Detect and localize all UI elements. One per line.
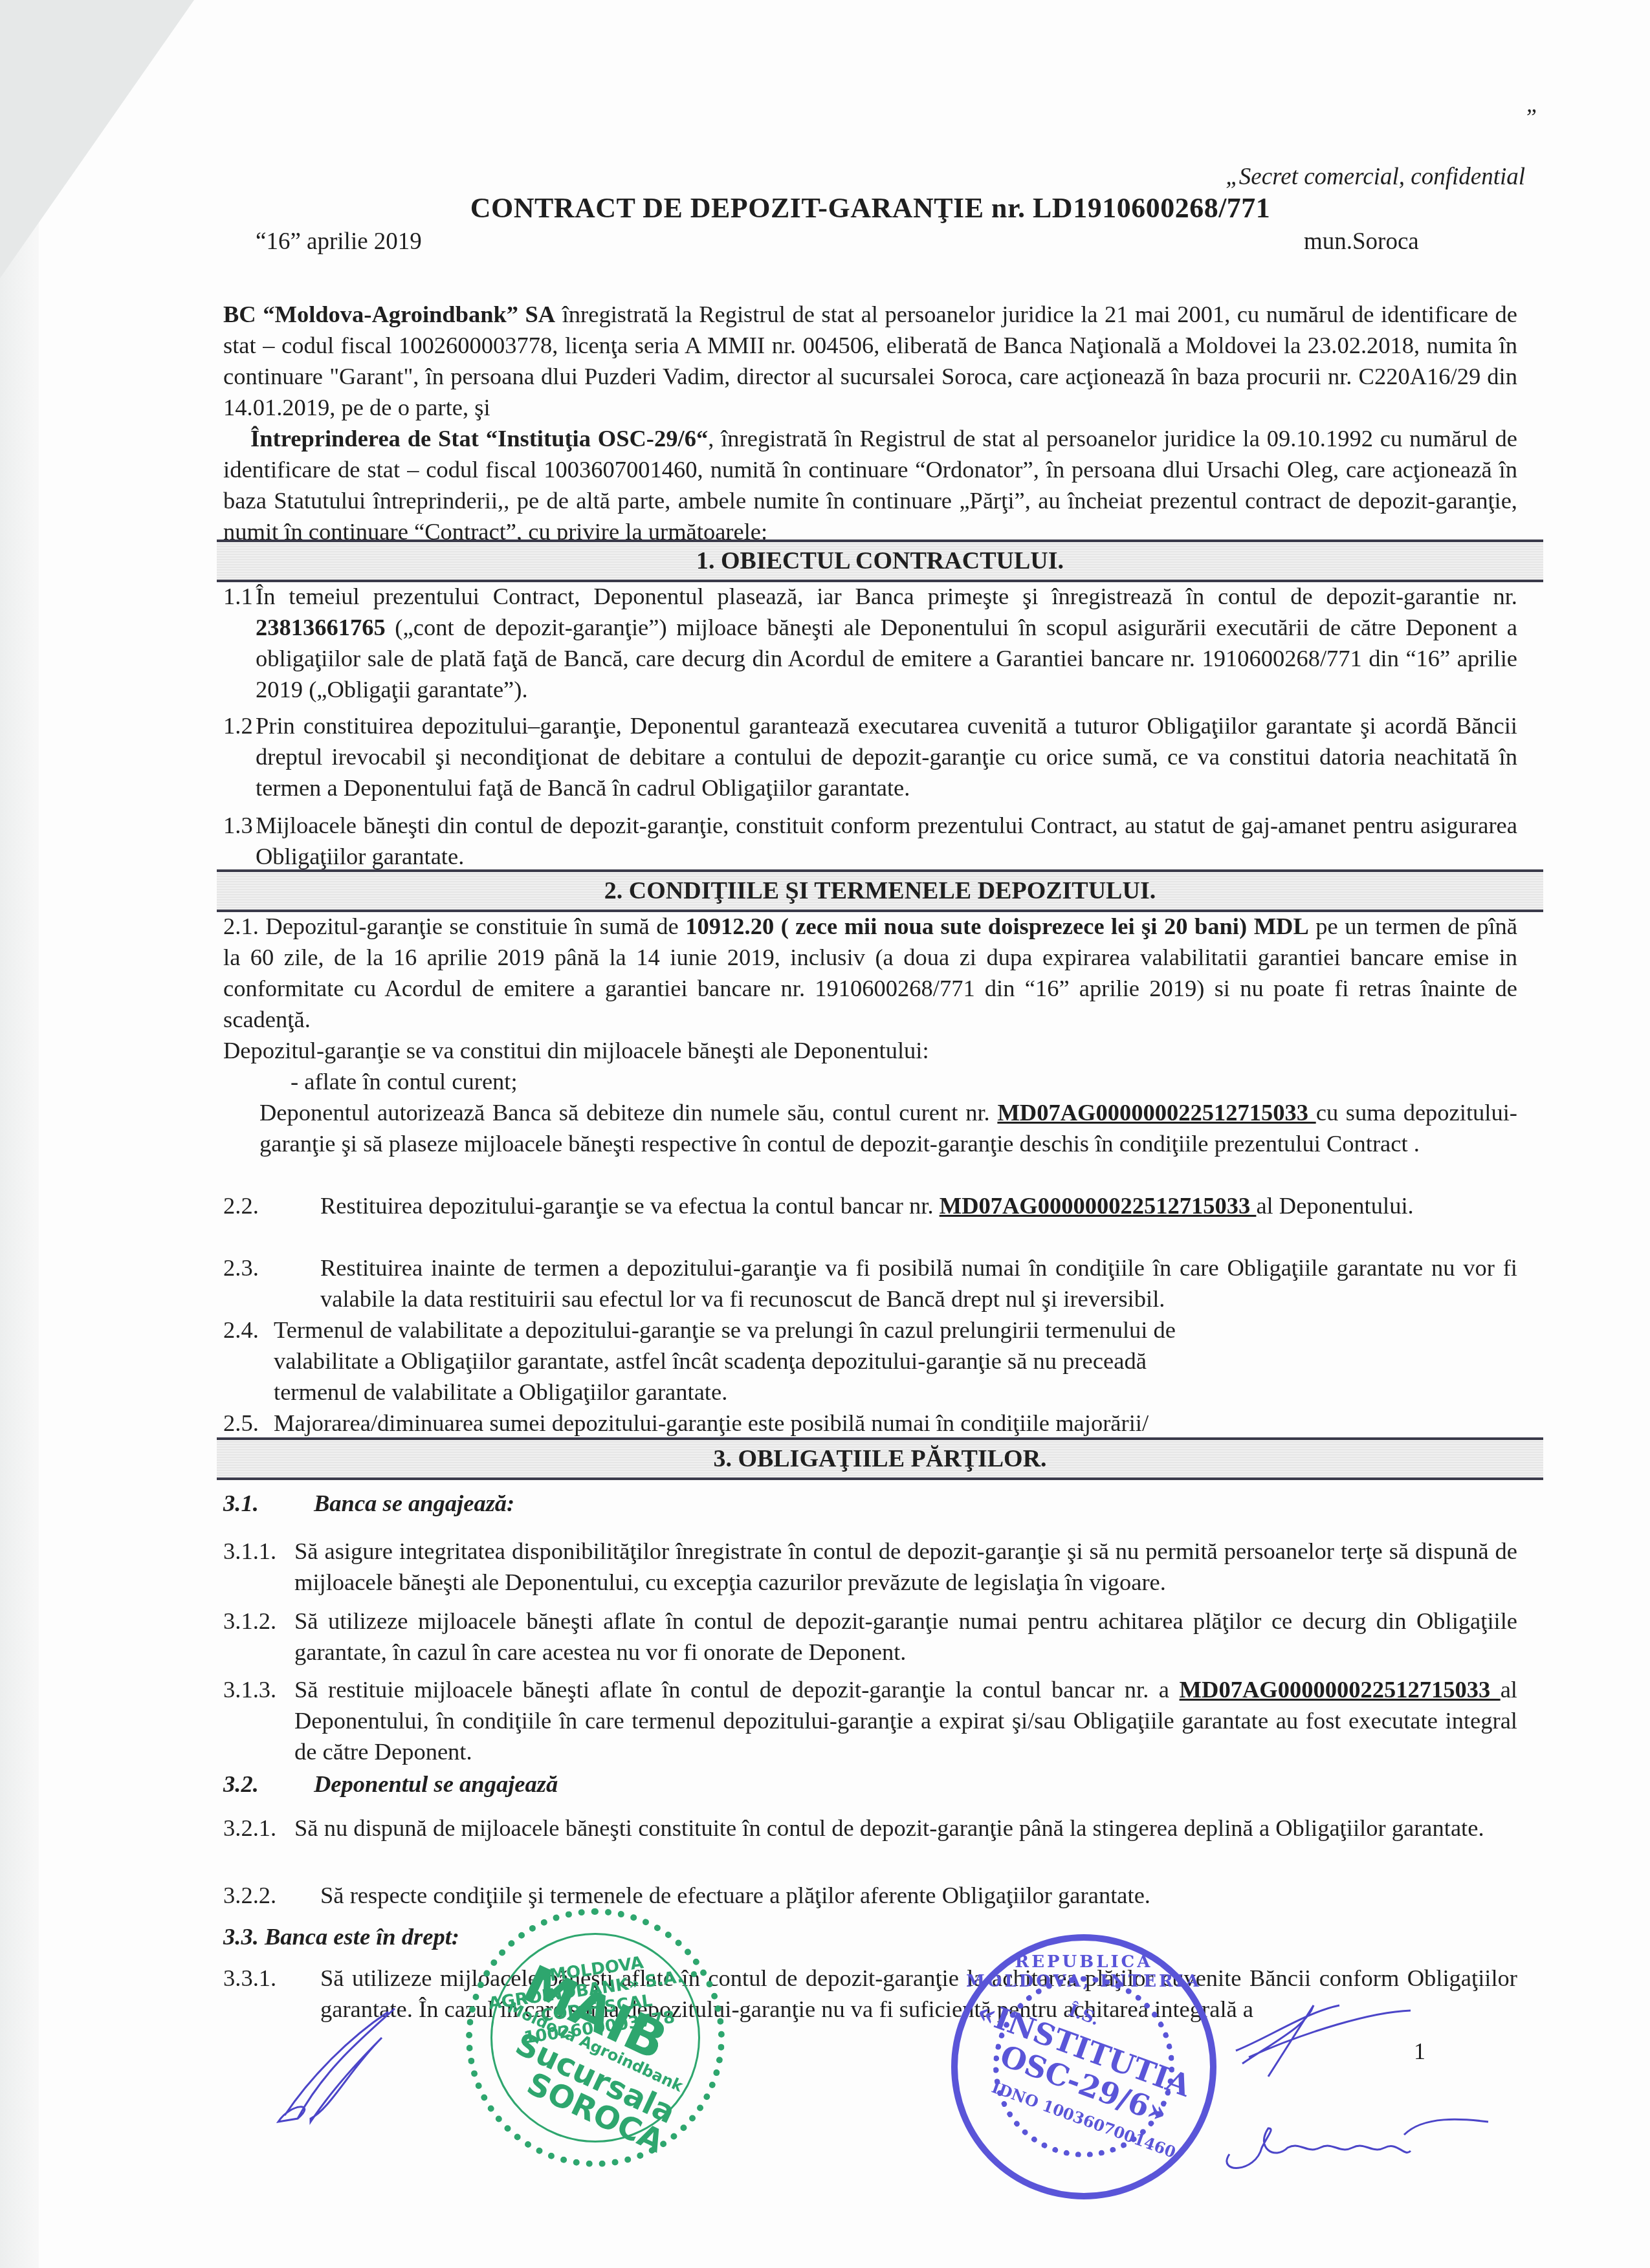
clause-number: 3.1.1. [223, 1536, 294, 1598]
clause-number: 3.2.2. [223, 1880, 320, 1911]
clause-number: 3.2.1. [223, 1813, 294, 1844]
clause-number: 1.3 [223, 810, 250, 872]
clause-text: În temeiul prezentului Contract, Deponen… [256, 581, 1517, 705]
clause-3-1-3: 3.1.3. Să restituie mijloacele băneşti a… [223, 1674, 1517, 1767]
clause-number: 2.4. [223, 1314, 274, 1408]
clause-3-1-2: 3.1.2. Să utilizeze mijloacele băneşti a… [223, 1606, 1517, 1668]
subsection-3-1: 3.1. Banca se angajează: [223, 1488, 1517, 1519]
clause-text: Să restituie mijloacele băneşti aflate î… [294, 1674, 1517, 1767]
clause-number: 1.2 [223, 710, 250, 803]
clause-3-1-1: 3.1.1. Să asigure integritatea disponibi… [223, 1536, 1517, 1598]
clause-3-2-2: 3.2.2. Să respecte condiţiile şi termene… [223, 1880, 1517, 1911]
deposit-account-number: 23813661765 [256, 614, 386, 640]
clause-number: 3.1. [223, 1488, 314, 1519]
section-heading-1: 1. OBIECTUL CONTRACTULUI. [217, 540, 1543, 582]
bank-stamp: «MOLDOVA AGROINDBANK» S.A. • COD FISCAL … [466, 1908, 725, 2167]
section-heading-3: 3. OBLIGAŢIILE PĂRŢILOR. [217, 1437, 1543, 1480]
subsection-3-3: 3.3. Banca este în drept: [223, 1921, 1517, 1952]
preamble-bank: BC “Moldova-Agroindbank” SA înregistrată… [223, 299, 1517, 423]
clause-2-2: 2.2. Restituirea depozitului-garanţie se… [223, 1190, 1517, 1221]
contract-title: CONTRACT DE DEPOZIT-GARANŢIE nr. LD19106… [223, 191, 1517, 224]
client-stamp: REPUBLICA MOLDOVA, INTERIA Î.S. «INSTITU… [951, 1934, 1216, 2199]
deposit-amount: 10912.20 ( zece mii noua sute doisprezec… [685, 913, 1309, 939]
clause-text: Să asigure integritatea disponibilităţil… [294, 1536, 1517, 1598]
clause-2-4: 2.4. Termenul de valabilitate a depozitu… [223, 1314, 1517, 1408]
clause-text: Să utilizeze mijloacele băneşti aflate î… [294, 1606, 1517, 1668]
clause-2-1: 2.1. Depozitul-garanţie se constituie în… [223, 911, 1517, 1035]
clause-3-2-1: 3.2.1. Să nu dispună de mijloacele băneş… [223, 1813, 1517, 1844]
clause-number: 2.1. [223, 913, 259, 939]
clause-number: 3.1.3. [223, 1674, 294, 1767]
clause-number: 3.1.2. [223, 1606, 294, 1668]
signature-right-bottom [1216, 2109, 1488, 2180]
clause-1-2: 1.2 Prin constituirea depozitului–garanţ… [223, 710, 1517, 803]
clause-text: Mijloacele băneşti din contul de depozit… [256, 810, 1517, 872]
clause-text: Restituirea inainte de termen a depozitu… [320, 1252, 1517, 1314]
clause-number: 2.2. [223, 1190, 320, 1221]
subsection-title: Banca se angajează: [314, 1488, 514, 1519]
signature-left [272, 1999, 401, 2128]
debit-authorization: Deponentul autorizează Banca să debiteze… [259, 1097, 1517, 1159]
client-name: Întreprinderea de Stat “Instituţia OSC-2… [250, 425, 708, 452]
preamble-client: Întreprinderea de Stat “Instituţia OSC-2… [223, 423, 1517, 547]
corner-mark: ” [1524, 104, 1537, 131]
contract-city: mun.Soroca [1304, 228, 1419, 256]
clause-number: 3.2. [223, 1769, 314, 1800]
section-heading-2: 2. CONDIŢIILE ŞI TERMENELE DEPOZITULUI. [217, 869, 1543, 912]
clause-number: 2.3. [223, 1252, 320, 1314]
folded-corner [0, 0, 194, 278]
confidential-label: „Secret comercial, confidential [1226, 163, 1525, 191]
scan-edge-shadow [0, 0, 39, 2268]
deposit-source-bullet: - aflate în contul curent; [291, 1066, 1517, 1097]
clause-number: 1.1 [223, 581, 250, 705]
deposit-source-line: Depozitul-garanţie se va constitui din m… [223, 1035, 1517, 1066]
clause-1-1: 1.1 În temeiul prezentului Contract, Dep… [223, 581, 1517, 705]
subsection-3-2: 3.2. Deponentul se angajează [223, 1769, 1517, 1800]
contract-date: “16” aprilie 2019 [256, 228, 422, 256]
clause-2-3: 2.3. Restituirea inainte de termen a dep… [223, 1252, 1517, 1314]
current-account-number: MD07AG000000022512715033 [997, 1099, 1315, 1126]
clause-text: Prin constituirea depozitului–garanţie, … [256, 710, 1517, 803]
refund-account-number: MD07AG000000022512715033 [940, 1192, 1257, 1219]
refund-account-number: MD07AG000000022512715033 [1180, 1676, 1501, 1703]
clause-text: Restituirea depozitului-garanţie se va e… [320, 1190, 1517, 1221]
signature-right-top [1229, 1999, 1436, 2077]
clause-text: Termenul de valabilitate a depozitului-g… [274, 1314, 1176, 1408]
bank-name: BC “Moldova-Agroindbank” SA [223, 301, 555, 327]
subsection-title: Deponentul se angajează [314, 1769, 558, 1800]
clause-1-3: 1.3 Mijloacele băneşti din contul de dep… [223, 810, 1517, 872]
clause-text: Să nu dispună de mijloacele băneşti cons… [294, 1813, 1517, 1844]
clause-text: Să respecte condiţiile şi termenele de e… [320, 1880, 1517, 1911]
